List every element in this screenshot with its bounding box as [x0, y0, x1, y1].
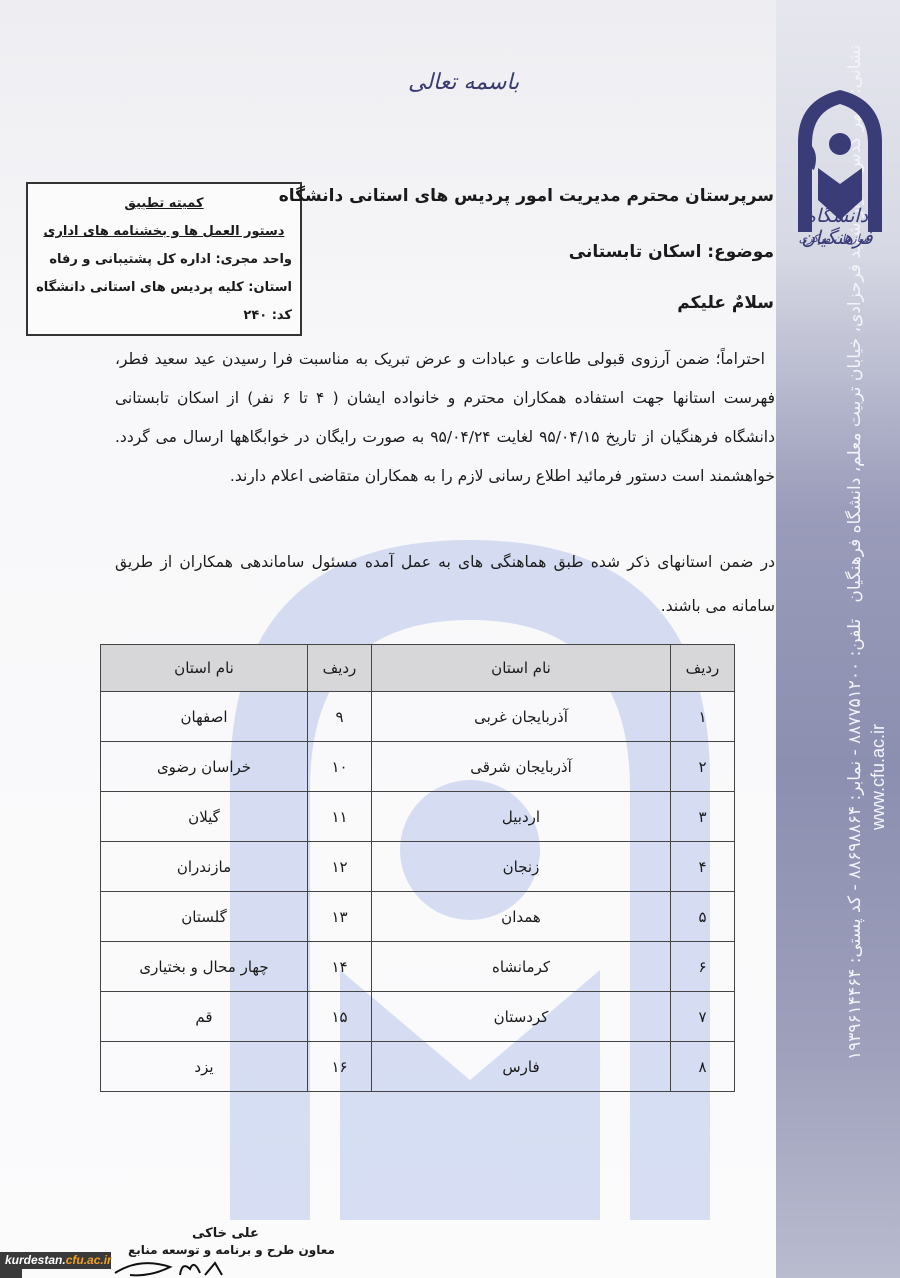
- province-name: کردستان: [372, 992, 671, 1042]
- org-unit: سازمان مرکزی: [778, 232, 890, 245]
- subject-line: موضوع: اسکان تابستانی: [569, 242, 774, 262]
- table-header-row: ردیف نام استان ردیف نام استان: [101, 645, 735, 692]
- provinces-table: ردیف نام استان ردیف نام استان ۱ آذربایجا…: [100, 644, 735, 1092]
- province-name: مازندران: [101, 842, 308, 892]
- province-name: یزد: [101, 1042, 308, 1092]
- row-index: ۱۱: [308, 792, 372, 842]
- province-name: آذربایجان شرقی: [372, 742, 671, 792]
- province-name: کرمانشاه: [372, 942, 671, 992]
- province-name: گلستان: [101, 892, 308, 942]
- province-name: آذربایجان غربی: [372, 692, 671, 742]
- row-index: ۶: [671, 942, 735, 992]
- row-index: ۱۴: [308, 942, 372, 992]
- bismillah: باسمه تعالی: [408, 70, 519, 95]
- site-watermark-badge-small: [0, 1269, 22, 1278]
- table-row: ۴ زنجان ۱۲ مازندران: [101, 842, 735, 892]
- table-row: ۸ فارس ۱۶ یزد: [101, 1042, 735, 1092]
- greeting-line: سلامٌ علیکم: [677, 293, 774, 313]
- row-index: ۱۰: [308, 742, 372, 792]
- row-index: ۱۶: [308, 1042, 372, 1092]
- committee-code: کد: ۲۴۰: [243, 308, 292, 323]
- strip-website: www.cfu.ac.ir: [868, 724, 889, 830]
- body-paragraph-2: در ضمن استانهای ذکر شده طبق هماهنگی های …: [115, 540, 775, 628]
- header-province-1: نام استان: [372, 645, 671, 692]
- province-name: همدان: [372, 892, 671, 942]
- header-index-2: ردیف: [308, 645, 372, 692]
- header-province-2: نام استان: [101, 645, 308, 692]
- table-row: ۳ اردبیل ۱۱ گیلان: [101, 792, 735, 842]
- province-name: قم: [101, 992, 308, 1042]
- row-index: ۱: [671, 692, 735, 742]
- province-name: اصفهان: [101, 692, 308, 742]
- recipient-line: سرپرستان محترم مدیریت امور پردیس های است…: [279, 186, 774, 206]
- row-index: ۹: [308, 692, 372, 742]
- row-index: ۸: [671, 1042, 735, 1092]
- province-name: خراسان رضوی: [101, 742, 308, 792]
- signatory-name: علی خاکی: [192, 1226, 259, 1241]
- row-index: ۱۵: [308, 992, 372, 1042]
- signature-scribble-icon: [110, 1255, 250, 1278]
- row-index: ۳: [671, 792, 735, 842]
- committee-province: استان: کلیه پردیس های استانی دانشگاه: [36, 280, 292, 295]
- committee-stamp-box: کمیته تطبیق دستور العمل ها و بخشنامه های…: [26, 182, 302, 336]
- row-index: ۵: [671, 892, 735, 942]
- row-index: ۱۲: [308, 842, 372, 892]
- province-name: گیلان: [101, 792, 308, 842]
- header-index-1: ردیف: [671, 645, 735, 692]
- table-row: ۶ کرمانشاه ۱۴ چهار محال و بختیاری: [101, 942, 735, 992]
- body-paragraph-1: احتراماً؛ ضمن آرزوی قبولی طاعات و عبادات…: [115, 340, 775, 496]
- row-index: ۴: [671, 842, 735, 892]
- executing-unit: واحد مجری: اداره کل پشتیبانی و رفاه: [49, 252, 292, 267]
- row-index: ۲: [671, 742, 735, 792]
- province-name: چهار محال و بختیاری: [101, 942, 308, 992]
- row-index: ۷: [671, 992, 735, 1042]
- table-row: ۱ آذربایجان غربی ۹ اصفهان: [101, 692, 735, 742]
- table-row: ۵ همدان ۱۳ گلستان: [101, 892, 735, 942]
- province-name: زنجان: [372, 842, 671, 892]
- row-index: ۱۳: [308, 892, 372, 942]
- table-row: ۷ کردستان ۱۵ قم: [101, 992, 735, 1042]
- province-name: فارس: [372, 1042, 671, 1092]
- site-watermark-badge: kurdestan.cfu.ac.ir: [0, 1252, 111, 1269]
- committee-title: کمیته تطبیق: [124, 196, 203, 211]
- committee-subtitle: دستور العمل ها و بخشنامه های اداری: [44, 224, 285, 239]
- province-name: اردبیل: [372, 792, 671, 842]
- table-row: ۲ آذربایجان شرقی ۱۰ خراسان رضوی: [101, 742, 735, 792]
